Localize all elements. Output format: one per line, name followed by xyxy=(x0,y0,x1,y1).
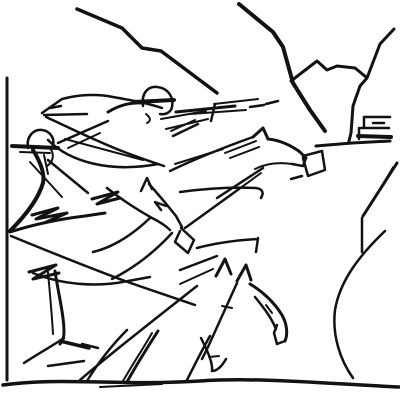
mountain-peaks-inner xyxy=(291,61,366,81)
horse5-hoof-dash xyxy=(209,356,219,357)
horse2-ground-dash xyxy=(48,361,84,366)
building-base xyxy=(358,136,391,137)
horse4-ear xyxy=(253,128,268,139)
ground-ledge-right xyxy=(316,141,390,146)
horse4-noseband-dash xyxy=(291,176,302,179)
horse3-muzzle xyxy=(175,228,194,253)
horse4-crest-under xyxy=(175,149,223,164)
rider1-shoulder xyxy=(108,103,142,112)
horse1-rein xyxy=(65,139,143,160)
horse2-belly xyxy=(24,338,64,363)
sketch-page xyxy=(0,0,400,394)
mountain-ridge-right xyxy=(349,29,394,141)
sketch-canvas xyxy=(0,0,400,394)
horse5-ear-a xyxy=(216,259,231,276)
horse4-head-top xyxy=(268,139,306,158)
horse5-neck-left xyxy=(202,283,237,359)
rifle-barrel-c xyxy=(214,99,258,104)
rider1-chin xyxy=(146,114,150,123)
leg-diagonal-1 xyxy=(87,330,127,381)
horse1-jaw xyxy=(44,114,87,115)
horse4-noseband xyxy=(303,151,325,176)
rifle-tip-dash-2 xyxy=(266,101,278,104)
horse5-mane-b xyxy=(180,269,213,284)
horse5-neck-dash xyxy=(222,306,232,308)
horse3-neck-a xyxy=(93,218,150,252)
horse3-back-line xyxy=(197,239,258,248)
rifle-tip-dash-1 xyxy=(250,105,264,107)
rider2-hat-brim xyxy=(12,146,58,148)
rock-face-curve xyxy=(334,231,385,378)
rock-sliver-b xyxy=(366,167,393,212)
rider2-rifle-a xyxy=(58,121,108,143)
horse5-mane-a xyxy=(180,256,217,270)
horse5-ear-b xyxy=(237,265,251,281)
leg-diagonal-3 xyxy=(186,336,210,382)
horse4-shoulder-a xyxy=(217,168,263,198)
horse2-foreleg-b xyxy=(48,272,53,334)
ground-line xyxy=(3,380,399,387)
ground-line-double xyxy=(100,384,162,387)
horse5-crest xyxy=(250,284,287,341)
rider1-sleeve-b xyxy=(171,120,195,131)
mountain-ridge-center xyxy=(239,4,325,131)
mountain-ridge-left xyxy=(77,9,217,93)
